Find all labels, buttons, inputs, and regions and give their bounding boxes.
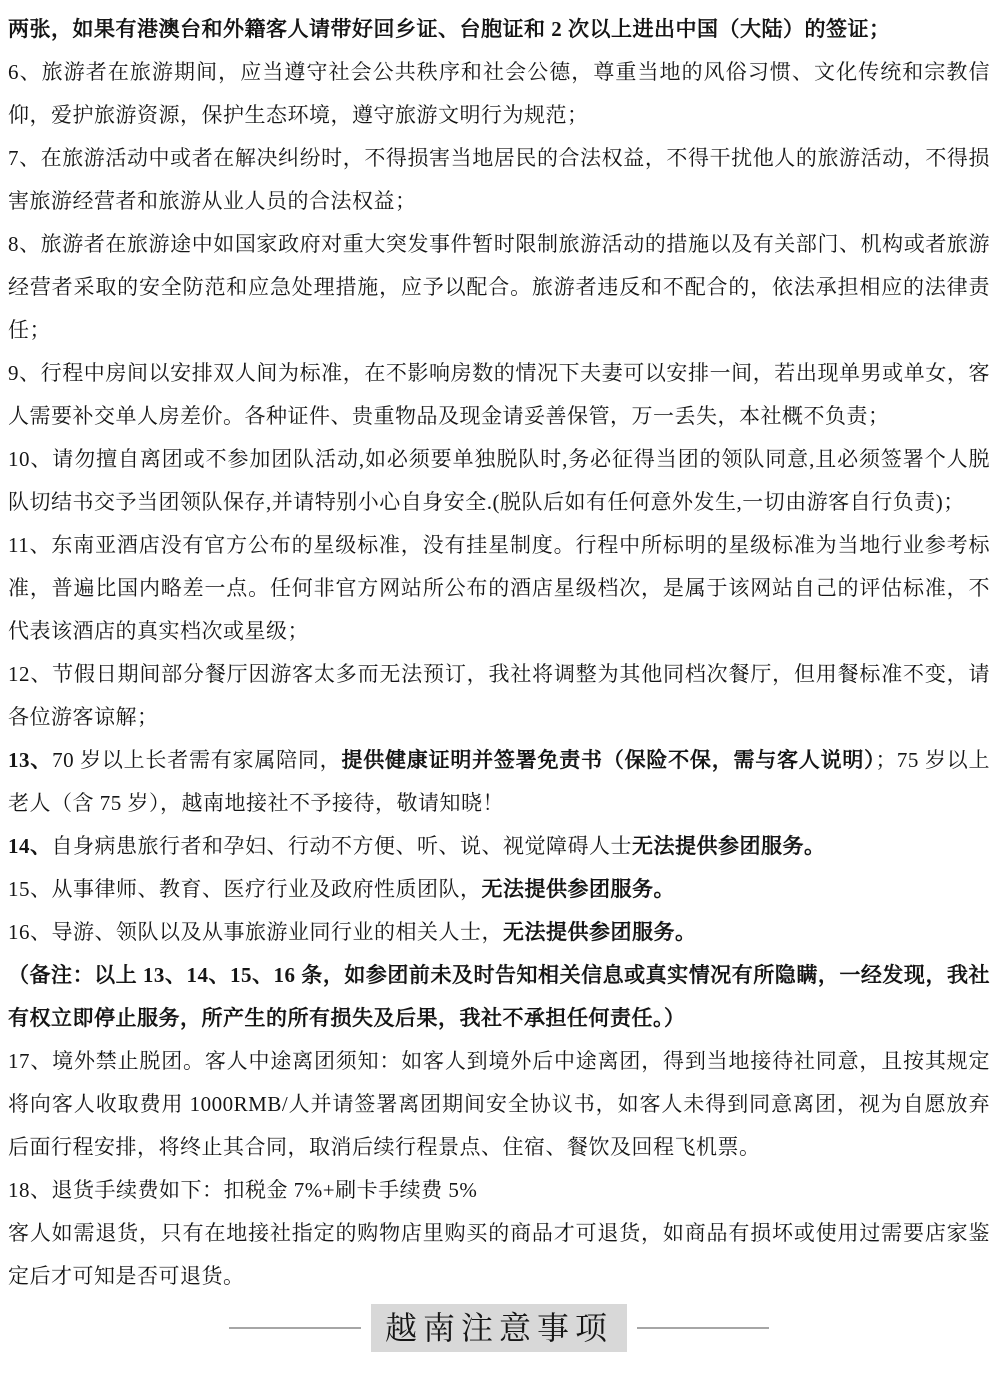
text-run: 两张，如果有港澳台和外籍客人请带好回乡证、台胞证和 2 次以上进出中国（大陆）的… — [8, 17, 891, 41]
text-run: 客人如需退货，只有在地接社指定的购物店里购买的商品才可退货，如商品有损坏或使用过… — [8, 1221, 990, 1288]
paragraph: 16、导游、领队以及从事旅游业同行业的相关人士，无法提供参团服务。 — [8, 911, 990, 954]
paragraph: 12、节假日期间部分餐厅因游客太多而无法预订，我社将调整为其他同档次餐厅，但用餐… — [8, 653, 990, 739]
paragraph: 13、70 岁以上长者需有家属陪同，提供健康证明并签署免责书（保险不保，需与客人… — [8, 739, 990, 825]
paragraph: 10、请勿擅自离团或不参加团队活动,如必须要单独脱队时,务必征得当团的领队同意,… — [8, 438, 990, 524]
text-run: 8、旅游者在旅游途中如国家政府对重大突发事件暂时限制旅游活动的措施以及有关部门、… — [8, 232, 990, 342]
text-run: 提供健康证明并签署免责书（保险不保，需与客人说明） — [341, 748, 875, 772]
text-run: 18、退货手续费如下：扣税金 7%+刷卡手续费 5% — [8, 1178, 477, 1202]
text-run: 16、导游、领队以及从事旅游业同行业的相关人士， — [8, 920, 503, 944]
paragraphs: 两张，如果有港澳台和外籍客人请带好回乡证、台胞证和 2 次以上进出中国（大陆）的… — [8, 8, 990, 1298]
text-run: （备注：以上 13、14、15、16 条，如参团前未及时告知相关信息或真实情况有… — [8, 963, 990, 1030]
heading-divider-right — [637, 1327, 769, 1329]
text-run: 6、旅游者在旅游期间，应当遵守社会公共秩序和社会公德，尊重当地的风俗习惯、文化传… — [8, 60, 990, 127]
text-run: 12、节假日期间部分餐厅因游客太多而无法预订，我社将调整为其他同档次餐厅，但用餐… — [8, 662, 990, 729]
heading-divider-left — [229, 1327, 361, 1329]
text-run: 17、境外禁止脱团。客人中途离团须知：如客人到境外后中途离团，得到当地接待社同意… — [8, 1049, 990, 1159]
text-run: 自身病患旅行者和孕妇、行动不方便、听、说、视觉障碍人士 — [52, 834, 633, 858]
text-run: 15、从事律师、教育、医疗行业及政府性质团队， — [8, 877, 482, 901]
text-run: 70 岁以上长者需有家属陪同， — [52, 748, 341, 772]
paragraph: 9、行程中房间以安排双人间为标准，在不影响房数的情况下夫妻可以安排一间，若出现单… — [8, 352, 990, 438]
text-run: 7、在旅游活动中或者在解决纠纷时，不得损害当地居民的合法权益，不得干扰他人的旅游… — [8, 146, 990, 213]
paragraph: 14、自身病患旅行者和孕妇、行动不方便、听、说、视觉障碍人士无法提供参团服务。 — [8, 825, 990, 868]
text-run: 11、东南亚酒店没有官方公布的星级标准，没有挂星制度。行程中所标明的星级标准为当… — [8, 533, 990, 643]
paragraph: 8、旅游者在旅游途中如国家政府对重大突发事件暂时限制旅游活动的措施以及有关部门、… — [8, 223, 990, 352]
paragraph: 15、从事律师、教育、医疗行业及政府性质团队，无法提供参团服务。 — [8, 868, 990, 911]
text-run: 10、请勿擅自离团或不参加团队活动,如必须要单独脱队时,务必征得当团的领队同意,… — [8, 447, 990, 514]
paragraph: 11、东南亚酒店没有官方公布的星级标准，没有挂星制度。行程中所标明的星级标准为当… — [8, 524, 990, 653]
text-run: 无法提供参团服务。 — [632, 834, 826, 858]
paragraph: 6、旅游者在旅游期间，应当遵守社会公共秩序和社会公德，尊重当地的风俗习惯、文化传… — [8, 51, 990, 137]
footer-heading-row: 越南注意事项 — [8, 1304, 990, 1352]
paragraph: （备注：以上 13、14、15、16 条，如参团前未及时告知相关信息或真实情况有… — [8, 954, 990, 1040]
section-heading-vietnam-notes: 越南注意事项 — [371, 1304, 627, 1352]
text-run: 13、 — [8, 748, 52, 772]
paragraph: 18、退货手续费如下：扣税金 7%+刷卡手续费 5% — [8, 1169, 990, 1212]
text-run: 无法提供参团服务。 — [503, 920, 697, 944]
paragraph: 7、在旅游活动中或者在解决纠纷时，不得损害当地居民的合法权益，不得干扰他人的旅游… — [8, 137, 990, 223]
text-run: 9、行程中房间以安排双人间为标准，在不影响房数的情况下夫妻可以安排一间，若出现单… — [8, 361, 990, 428]
paragraph: 客人如需退货，只有在地接社指定的购物店里购买的商品才可退货，如商品有损坏或使用过… — [8, 1212, 990, 1298]
paragraph: 两张，如果有港澳台和外籍客人请带好回乡证、台胞证和 2 次以上进出中国（大陆）的… — [8, 8, 990, 51]
text-run: 无法提供参团服务。 — [482, 877, 676, 901]
paragraph: 17、境外禁止脱团。客人中途离团须知：如客人到境外后中途离团，得到当地接待社同意… — [8, 1040, 990, 1169]
document-page: 两张，如果有港澳台和外籍客人请带好回乡证、台胞证和 2 次以上进出中国（大陆）的… — [0, 0, 1000, 1379]
text-run: 14、 — [8, 834, 52, 858]
